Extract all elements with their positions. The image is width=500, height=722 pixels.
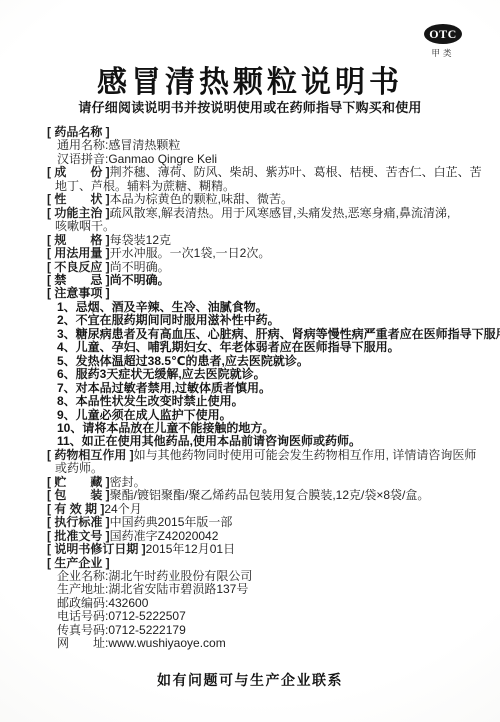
leaflet-line: 通用名称:感冒清热颗粒	[47, 139, 474, 152]
field-value: 国药准字Z42020042	[110, 529, 219, 543]
leaflet-line: [ 性 状 ]本品为棕黄色的颗粒,味甜、微苦。	[47, 193, 474, 206]
leaflet-line: [ 成 份 ]荆芥穗、薄荷、防风、柴胡、紫苏叶、葛根、桔梗、苦杏仁、白芷、苦	[47, 166, 474, 179]
field-label: [ 性 状 ]	[47, 192, 110, 206]
leaflet-line: 9、儿童必须在成人监护下使用。	[47, 409, 474, 422]
field-value: 邮政编码:432600	[57, 596, 148, 610]
field-value: 咳嗽咽干。	[55, 219, 115, 233]
field-value: 疏风散寒,解表清热。用于风寒感冒,头痛发热,恶寒身痛,鼻流清涕,	[110, 206, 451, 220]
field-value: 1、忌烟、酒及辛辣、生冷、油腻食物。	[57, 300, 268, 314]
field-value: 企业名称:湖北午时药业股份有限公司	[57, 569, 252, 583]
field-value: 电话号码:0712-5222507	[57, 609, 186, 623]
field-value: 通用名称:感冒清热颗粒	[57, 138, 180, 152]
page-title: 感冒清热颗粒说明书	[0, 57, 500, 101]
field-value: 或药师。	[55, 461, 103, 475]
leaflet-line: [ 注意事项 ]	[47, 287, 474, 300]
field-value: 本品为棕黄色的颗粒,味甜、微苦。	[110, 192, 293, 206]
leaflet-line: 或药师。	[47, 462, 474, 475]
field-label: [ 批准文号 ]	[47, 529, 110, 543]
field-label: [ 生产企业 ]	[47, 556, 110, 570]
field-value: 4、儿童、孕妇、哺乳期妇女、年老体弱者应在医师指导下服用。	[57, 340, 400, 354]
leaflet-line: 4、儿童、孕妇、哺乳期妇女、年老体弱者应在医师指导下服用。	[47, 341, 474, 354]
field-label: [ 规 格 ]	[47, 233, 110, 247]
field-value: 6、服药3天症状无缓解,应去医院就诊。	[57, 367, 266, 381]
field-label: [ 禁 忌 ]	[47, 273, 110, 287]
leaflet-line: 11、如正在使用其他药品,使用本品前请咨询医师或药师。	[47, 435, 474, 448]
field-label: [ 执行标准 ]	[47, 515, 110, 529]
leaflet-line: 8、本品性状发生改变时禁止使用。	[47, 395, 474, 408]
field-value: 9、儿童必须在成人监护下使用。	[57, 408, 232, 422]
footer-note: 如有问题可与生产企业联系	[0, 670, 500, 690]
field-value: 密封。	[110, 475, 146, 489]
field-value: 5、发热体温超过38.5℃的患者,应去医院就诊。	[57, 354, 309, 368]
field-value: 荆芥穗、薄荷、防风、柴胡、紫苏叶、葛根、桔梗、苦杏仁、白芷、苦	[110, 165, 482, 179]
field-value: 24个月	[104, 502, 141, 516]
leaflet-line: [ 说明书修订日期 ]2015年12月01日	[47, 543, 474, 556]
field-value: 8、本品性状发生改变时禁止使用。	[57, 394, 244, 408]
field-label: [ 贮 藏 ]	[47, 475, 110, 489]
field-value: 尚不明确。	[110, 260, 170, 274]
leaflet-line: [ 禁 忌 ]尚不明确。	[47, 274, 474, 287]
otc-label: OTC	[429, 28, 457, 40]
leaflet-line: [ 生产企业 ]	[47, 557, 474, 570]
field-label: [ 药品名称 ]	[47, 125, 110, 139]
otc-oval-icon: OTC	[424, 24, 462, 44]
field-value: 7、对本品过敏者禁用,过敏体质者慎用。	[57, 381, 271, 395]
field-value: 地丁、芦根。辅料为蔗糖、糊精。	[55, 179, 235, 193]
field-label: [ 成 份 ]	[47, 165, 110, 179]
leaflet-line: [ 药物相互作用 ]如与其他药物同时使用可能会发生药物相互作用, 详情请咨询医师	[47, 449, 474, 462]
field-label: [ 注意事项 ]	[47, 286, 110, 300]
page-subtitle: 请仔细阅读说明书并按说明使用或在药师指导下购买和使用	[0, 97, 500, 116]
field-value: 2015年12月01日	[146, 542, 235, 556]
field-value: 3、糖尿病患者及有高血压、心脏病、肝病、肾病等慢性病严重者应在医师指导下服用。	[57, 327, 500, 341]
field-value: 中国药典2015年版一部	[110, 515, 233, 529]
leaflet-body: [ 药品名称 ]通用名称:感冒清热颗粒汉语拼音:Ganmao Qingre Ke…	[47, 126, 474, 651]
leaflet-line: 生产地址:湖北省安陆市碧涢路137号	[47, 583, 474, 596]
otc-badge: OTC 甲类	[424, 24, 462, 59]
field-value: 网 址:www.wushiyaoye.com	[57, 636, 226, 650]
field-label: [ 有 效 期 ]	[47, 502, 104, 516]
field-value: 10、请将本品放在儿童不能接触的地方。	[57, 421, 274, 435]
field-value: 汉语拼音:Ganmao Qingre Keli	[57, 152, 217, 166]
field-label: [ 药物相互作用 ]	[47, 448, 134, 462]
leaflet-line: [ 不良反应 ]尚不明确。	[47, 261, 474, 274]
field-value: 聚酯/镀铝聚酯/聚乙烯药品包装用复合膜装,12克/袋×8袋/盒。	[110, 488, 430, 502]
field-value: 尚不明确。	[110, 273, 170, 287]
field-value: 传真号码:0712-5222179	[57, 623, 186, 637]
field-label: [ 不良反应 ]	[47, 260, 110, 274]
leaflet-line: [ 执行标准 ]中国药典2015年版一部	[47, 516, 474, 529]
leaflet-line: 网 址:www.wushiyaoye.com	[47, 637, 474, 650]
field-value: 2、不宜在服药期间同时服用滋补性中药。	[57, 313, 280, 327]
leaflet-line: 咳嗽咽干。	[47, 220, 474, 233]
leaflet-line: 2、不宜在服药期间同时服用滋补性中药。	[47, 314, 474, 327]
leaflet-line: 电话号码:0712-5222507	[47, 610, 474, 623]
field-label: [ 包 装 ]	[47, 488, 110, 502]
leaflet-line: [ 用法用量 ]开水冲服。一次1袋,一日2次。	[47, 247, 474, 260]
field-value: 每袋装12克	[110, 233, 171, 247]
leaflet-page: OTC 甲类 感冒清热颗粒说明书 请仔细阅读说明书并按说明使用或在药师指导下购买…	[0, 0, 500, 722]
field-value: 如与其他药物同时使用可能会发生药物相互作用, 详情请咨询医师	[134, 448, 477, 462]
leaflet-line: [ 包 装 ]聚酯/镀铝聚酯/聚乙烯药品包装用复合膜装,12克/袋×8袋/盒。	[47, 489, 474, 502]
field-label: [ 用法用量 ]	[47, 246, 110, 260]
leaflet-line: 6、服药3天症状无缓解,应去医院就诊。	[47, 368, 474, 381]
field-label: [ 功能主治 ]	[47, 206, 110, 220]
field-value: 生产地址:湖北省安陆市碧涢路137号	[57, 582, 248, 596]
field-value: 开水冲服。一次1袋,一日2次。	[110, 246, 271, 260]
field-label: [ 说明书修订日期 ]	[47, 542, 146, 556]
field-value: 11、如正在使用其他药品,使用本品前请咨询医师或药师。	[57, 434, 361, 448]
